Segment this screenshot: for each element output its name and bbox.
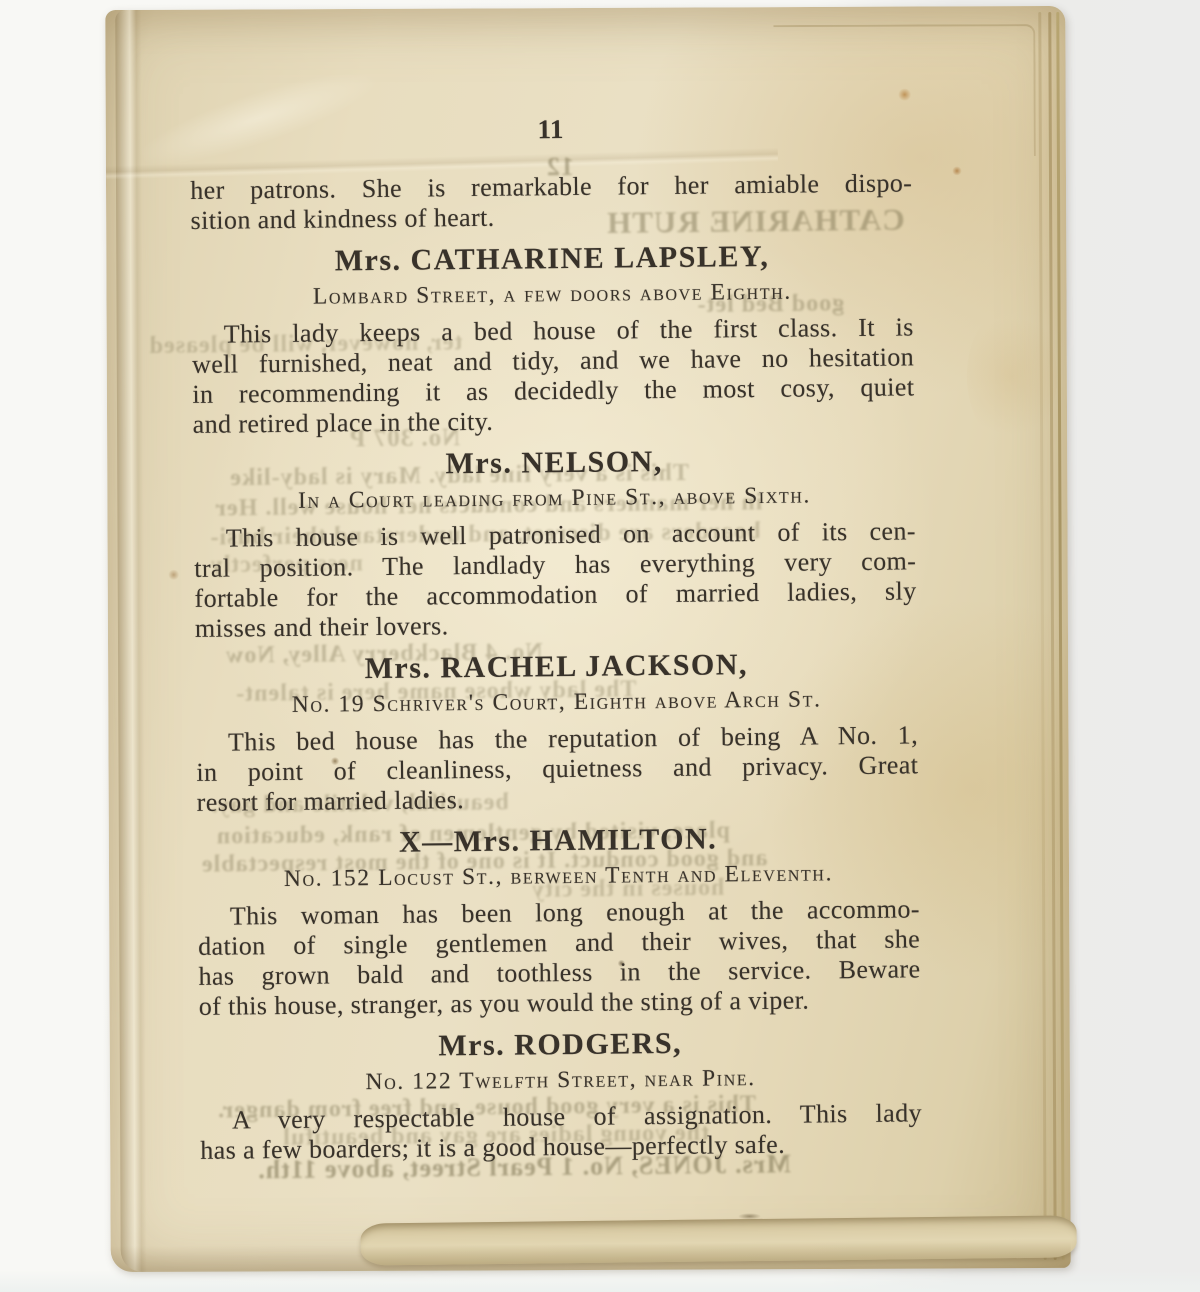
bottom-edge-shadow <box>111 1242 1071 1272</box>
stacked-page-edge <box>1038 12 1046 1260</box>
entry-description: A very respectable house of assignation.… <box>200 1098 923 1166</box>
entry-address: In a Court leading from Pine St., above … <box>193 480 915 516</box>
entry-address: No. 19 Schriver's Court, Eighth above Ar… <box>196 684 918 720</box>
entry-name: Mrs. RODGERS, <box>199 1023 921 1067</box>
entry-name: Mrs. CATHARINE LAPSLEY, <box>191 237 913 281</box>
page-number: 11 <box>190 110 912 148</box>
stain <box>168 570 180 580</box>
stain <box>952 166 962 175</box>
entry-name: X—Mrs. HAMILTON. <box>197 819 919 863</box>
entry-description: This woman has been long enough at the a… <box>198 894 921 1022</box>
intro-paragraph: her patrons. She is remarkable for her a… <box>190 168 913 236</box>
entry-description: This bed house has the reputation of bei… <box>196 720 919 818</box>
page-text: 11 her patrons. She is remarkable for he… <box>190 110 923 1172</box>
stacked-page-edge <box>1056 12 1064 1260</box>
entry-description: This lady keeps a bed house of the first… <box>192 312 915 440</box>
text-line: misses and their lovers. <box>195 606 917 644</box>
entry-address: No. 122 Twelfth Street, near Pine. <box>199 1062 921 1098</box>
text-line: has a few boarders; it is a good house—p… <box>200 1128 922 1166</box>
scan-background: 12 CATHARINE RUTH good Bed let- ter, how… <box>0 0 1200 1292</box>
book-page: 12 CATHARINE RUTH good Bed let- ter, how… <box>105 6 1070 1272</box>
entry-description: This house is well patronised on account… <box>194 516 917 644</box>
entry-address: No. 152 Locust St., berween Tenth and El… <box>197 858 919 894</box>
text-line: sition and kindness of heart. <box>190 198 912 236</box>
text-line: of this house, stranger, as you would th… <box>199 984 921 1022</box>
text-line: and retired place in the city. <box>193 402 915 440</box>
page-fold-crease <box>115 10 147 1272</box>
stain <box>967 306 1058 446</box>
entry-name: Mrs. RACHEL JACKSON, <box>195 645 917 689</box>
stacked-page-edge <box>1048 12 1056 1260</box>
entry-name: Mrs. NELSON, <box>193 441 915 485</box>
text-line: resort for married ladies. <box>197 780 919 818</box>
entry-address: Lombard Street, a few doors above Eighth… <box>191 276 913 312</box>
